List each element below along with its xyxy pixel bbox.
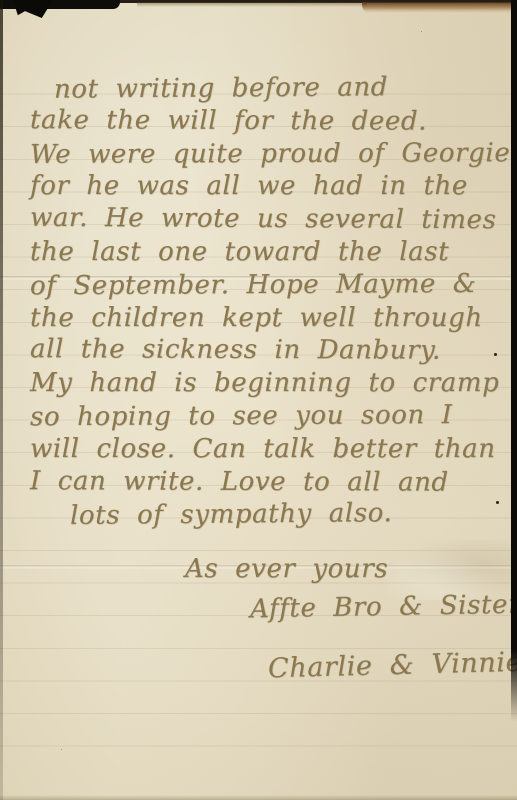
letter-body: not writing before and take the will for… [30, 72, 510, 531]
letter-line: all the sickness in Danbury. [30, 334, 510, 368]
burnt-top-edge [137, 2, 367, 7]
signature: Charlie & Vinnie [268, 647, 517, 685]
torn-corner-notch [13, 0, 53, 18]
paper-bottom-edge-shadow [0, 795, 517, 800]
paper-left-edge-shadow [0, 0, 3, 800]
letter-line: take the will for the deed. [30, 104, 510, 138]
letter-line: for he was all we had in the [30, 170, 510, 203]
letter-line: the children kept well through [30, 302, 510, 335]
letter-line: war. He wrote us several times [30, 202, 510, 237]
burnt-top-right-edge [362, 2, 512, 13]
letter-line: I can write. Love to all and [30, 465, 510, 499]
letter-line: My hand is beginning to cramp [30, 367, 510, 400]
scan-backing-right-edge [511, 0, 517, 722]
letter-line: the last one toward the last [30, 236, 510, 269]
letter-line: of September. Hope Mayme & [30, 268, 510, 303]
letter-line: not writing before and [54, 70, 511, 106]
closing-relation: Affte Bro & Sister [250, 590, 517, 625]
letter-line: so hoping to see you soon I [30, 399, 510, 434]
letter-line: lots of sympathy also. [70, 496, 511, 533]
letter-page: not writing before and take the will for… [0, 0, 517, 800]
letter-line: will close. Can talk better than [30, 433, 510, 466]
closing-valediction: As ever yours [185, 554, 388, 584]
letter-line: We were quite proud of Georgie [30, 137, 510, 171]
